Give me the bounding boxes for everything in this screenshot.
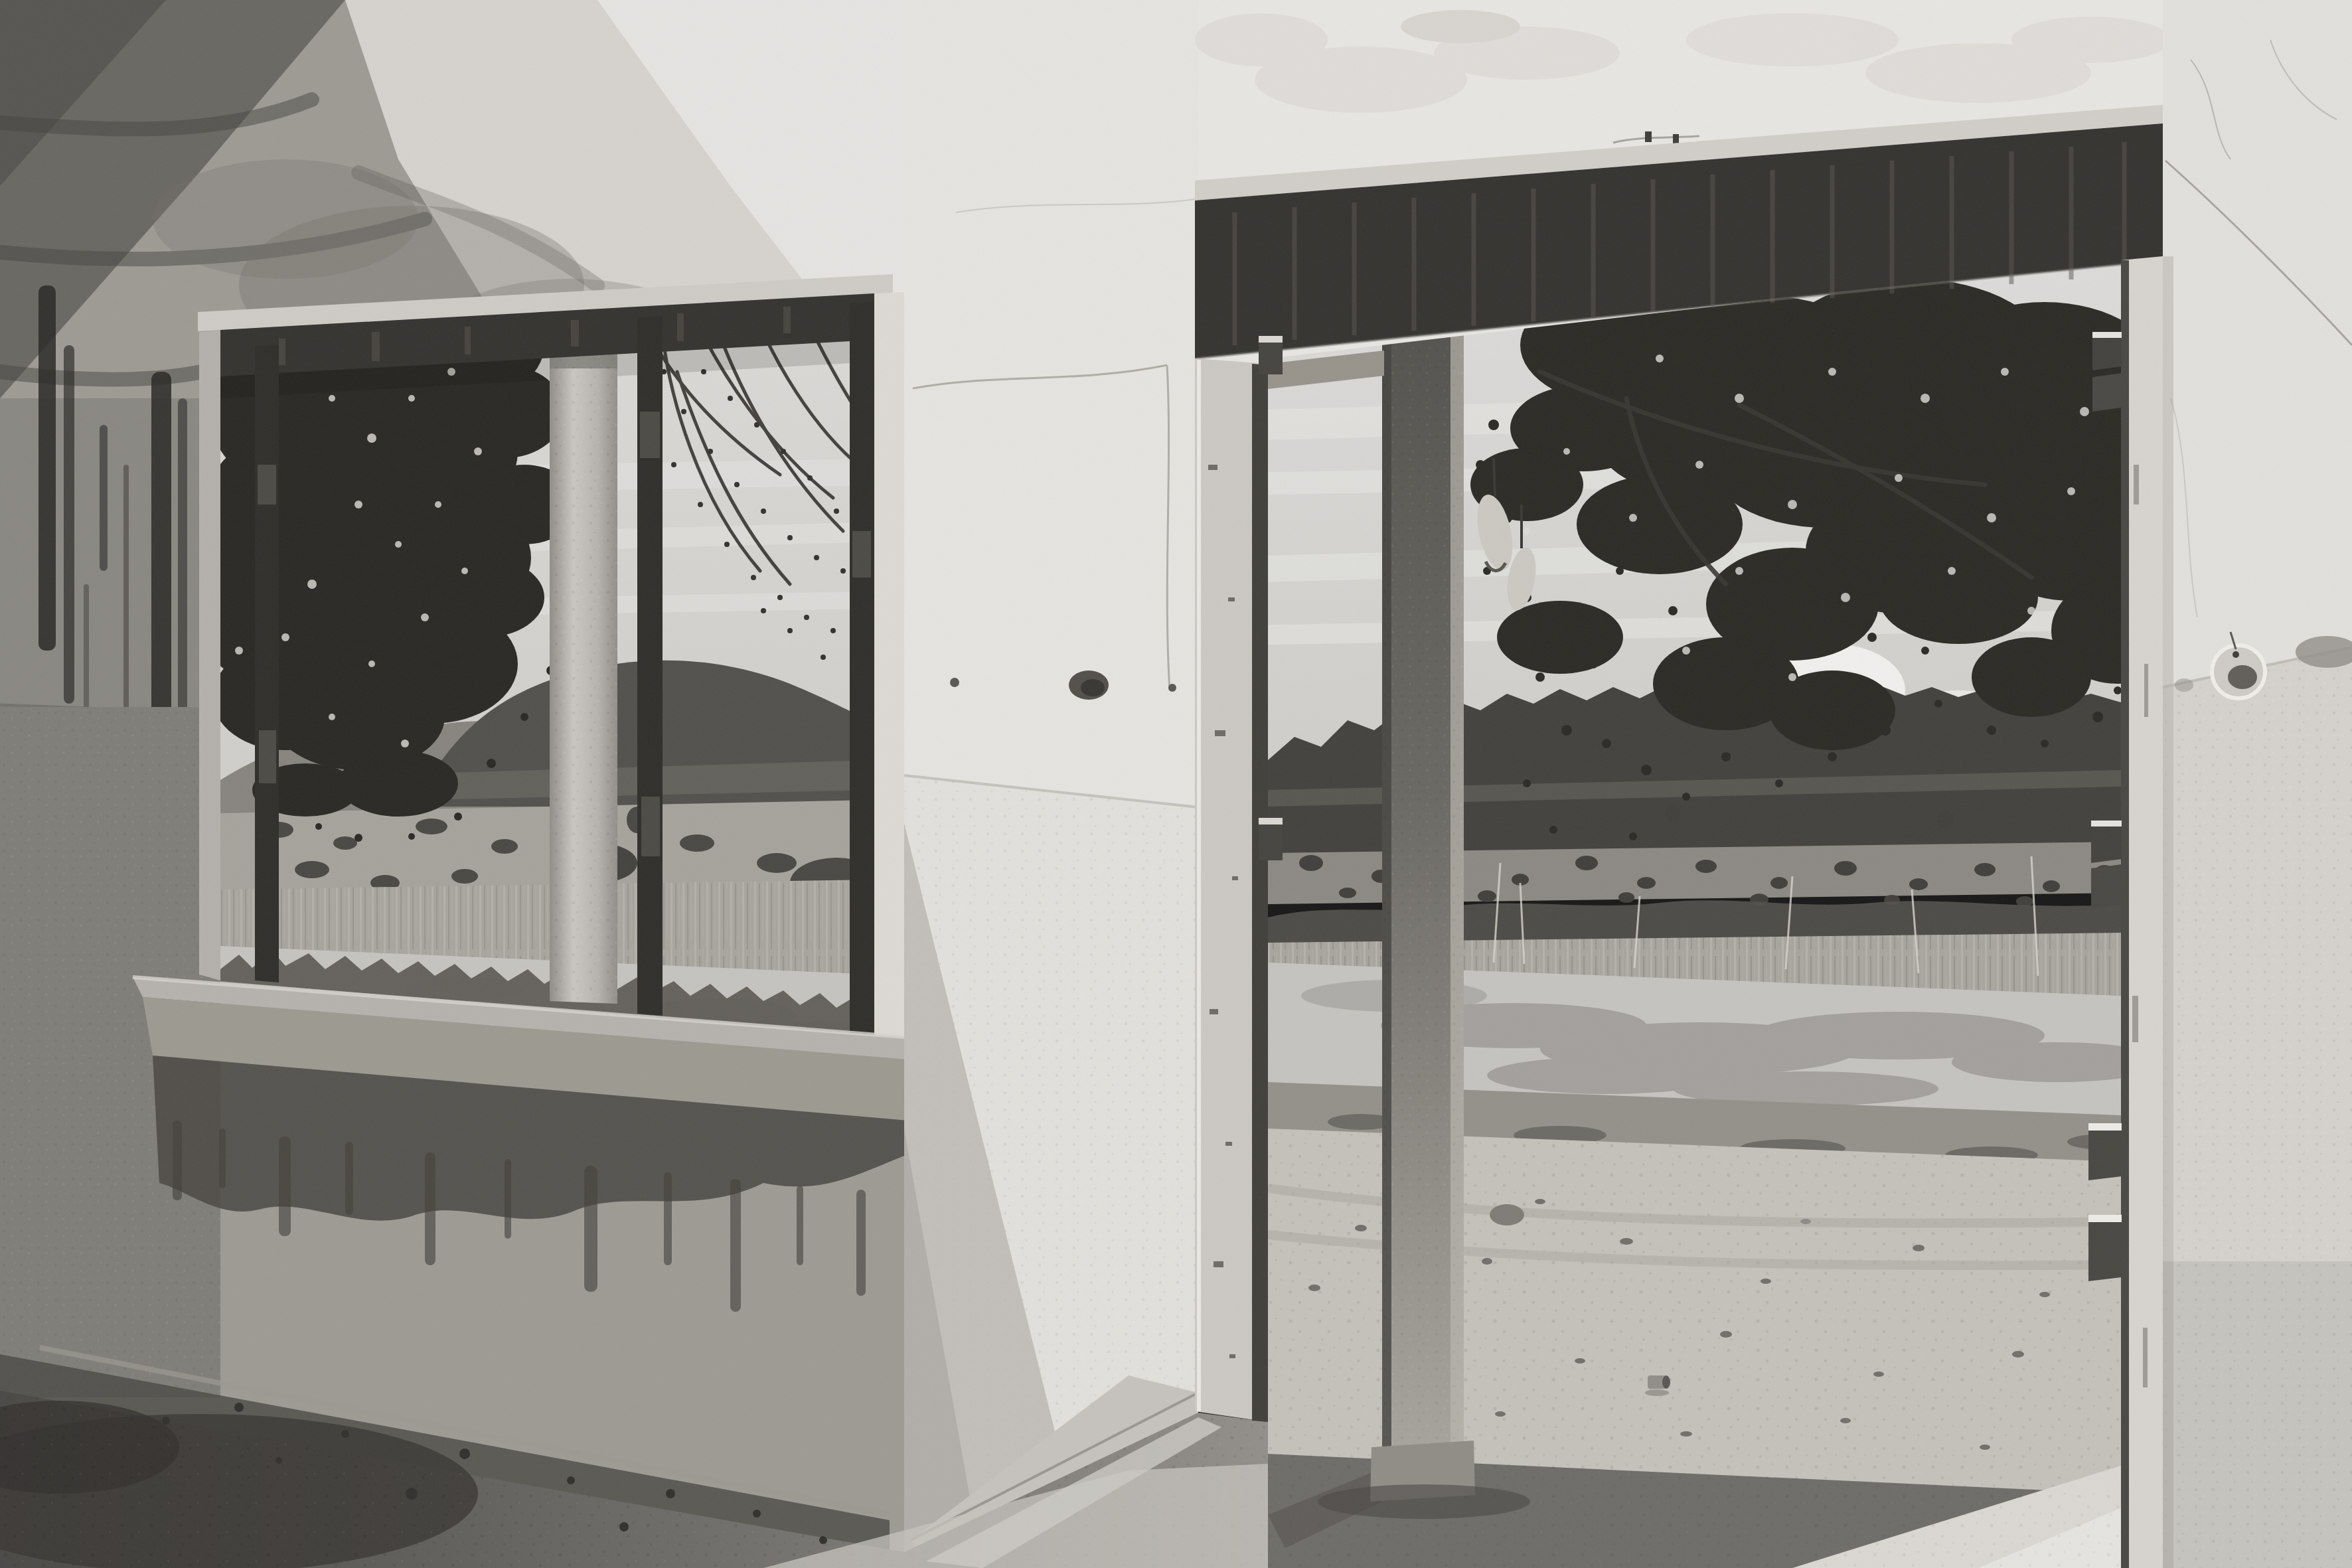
film-grain [0, 0, 2352, 1568]
photo-abandoned-building [0, 0, 2352, 1568]
